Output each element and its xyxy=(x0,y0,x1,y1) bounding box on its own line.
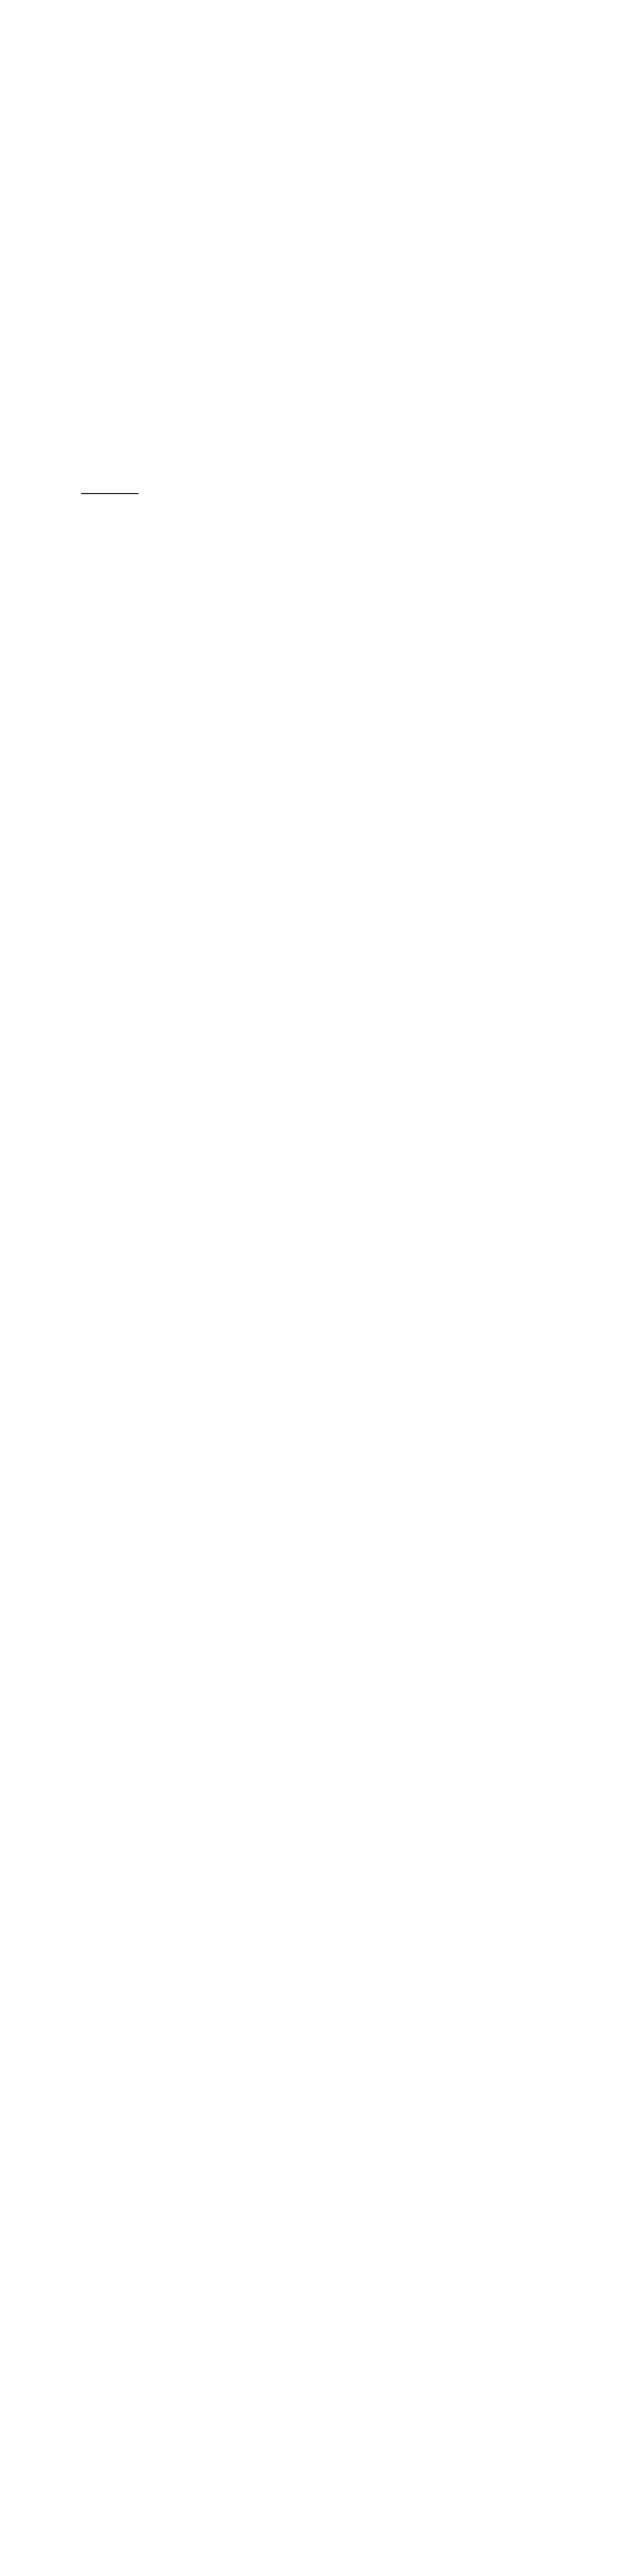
paragraph-line xyxy=(80,478,140,500)
blank-field xyxy=(81,478,138,494)
notice-document xyxy=(0,0,618,2576)
